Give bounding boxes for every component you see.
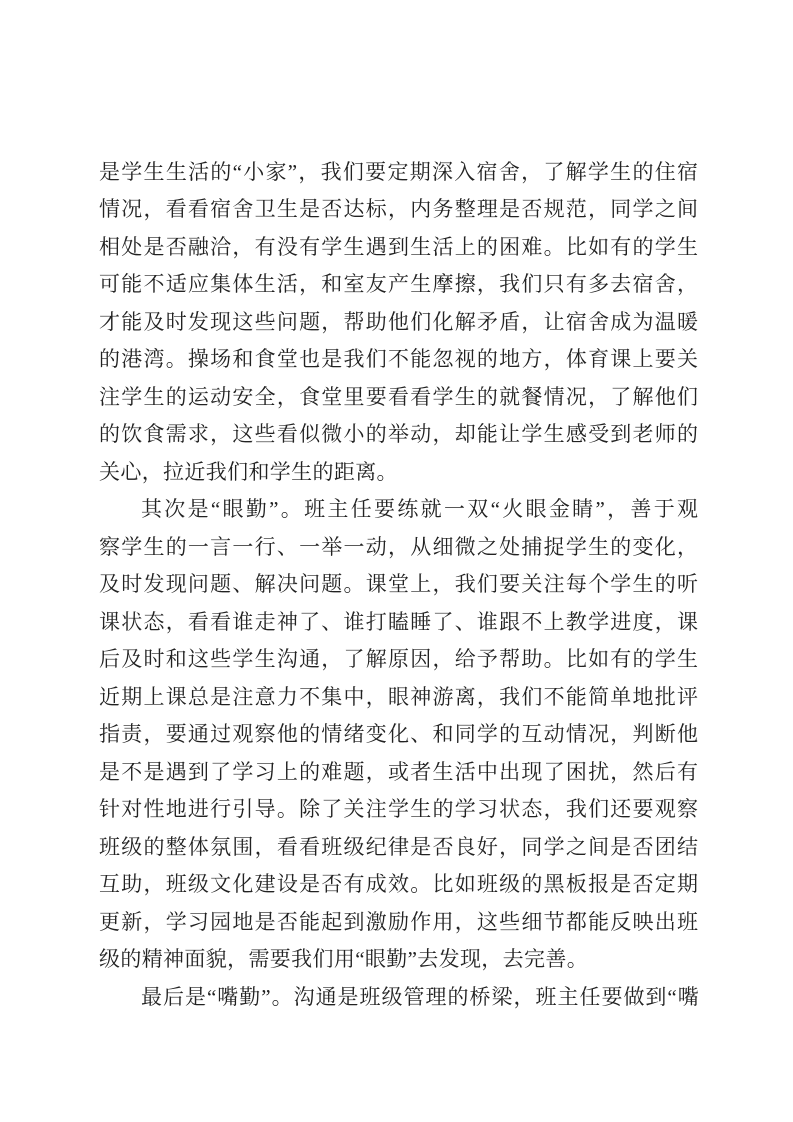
text-line: 其次是“眼勤”。班主任要练就一双“火眼金睛”，善于观 [99,491,698,529]
text-line: 相处是否融洽，有没有学生遇到生活上的困难。比如有的学生 [99,229,698,267]
text-line: 是学生生活的“小家”，我们要定期深入宿舍，了解学生的住宿 [99,154,698,192]
text-line: 后及时和这些学生沟通，了解原因，给予帮助。比如有的学生 [99,641,698,679]
text-line: 情况，看看宿舍卫生是否达标，内务整理是否规范，同学之间 [99,191,698,229]
text-line: 更新，学习园地是否能起到激励作用，这些细节都能反映出班 [99,904,698,942]
text-line: 可能不适应集体生活，和室友产生摩擦，我们只有多去宿舍， [99,266,698,304]
text-line: 班级的整体氛围，看看班级纪律是否良好，同学之间是否团结 [99,829,698,867]
text-line: 及时发现问题、解决问题。课堂上，我们要关注每个学生的听 [99,566,698,604]
text-line: 近期上课总是注意力不集中，眼神游离，我们不能简单地批评 [99,679,698,717]
document-page: 是学生生活的“小家”，我们要定期深入宿舍，了解学生的住宿情况，看看宿舍卫生是否达… [0,0,793,1122]
paragraph: 最后是“嘴勤”。沟通是班级管理的桥梁，班主任要做到“嘴 [99,979,698,1017]
document-text-block: 是学生生活的“小家”，我们要定期深入宿舍，了解学生的住宿情况，看看宿舍卫生是否达… [99,154,698,1017]
text-line: 针对性地进行引导。除了关注学生的学习状态，我们还要观察 [99,791,698,829]
text-line: 察学生的一言一行、一举一动，从细微之处捕捉学生的变化， [99,529,698,567]
text-line: 课状态，看看谁走神了、谁打瞌睡了、谁跟不上教学进度，课 [99,604,698,642]
text-line: 是不是遇到了学习上的难题，或者生活中出现了困扰，然后有 [99,754,698,792]
text-line: 的港湾。操场和食堂也是我们不能忽视的地方，体育课上要关 [99,341,698,379]
text-line: 关心，拉近我们和学生的距离。 [99,454,698,492]
text-line: 的饮食需求，这些看似微小的举动，却能让学生感受到老师的 [99,416,698,454]
text-line: 才能及时发现这些问题，帮助他们化解矛盾，让宿舍成为温暖 [99,304,698,342]
text-line: 最后是“嘴勤”。沟通是班级管理的桥梁，班主任要做到“嘴 [99,979,698,1017]
paragraph: 是学生生活的“小家”，我们要定期深入宿舍，了解学生的住宿情况，看看宿舍卫生是否达… [99,154,698,492]
text-line: 注学生的运动安全，食堂里要看看学生的就餐情况，了解他们 [99,379,698,417]
paragraph: 其次是“眼勤”。班主任要练就一双“火眼金睛”，善于观察学生的一言一行、一举一动，… [99,491,698,979]
text-line: 互助，班级文化建设是否有成效。比如班级的黑板报是否定期 [99,866,698,904]
text-line: 指责，要通过观察他的情绪变化、和同学的互动情况，判断他 [99,716,698,754]
text-line: 级的精神面貌，需要我们用“眼勤”去发现，去完善。 [99,941,698,979]
